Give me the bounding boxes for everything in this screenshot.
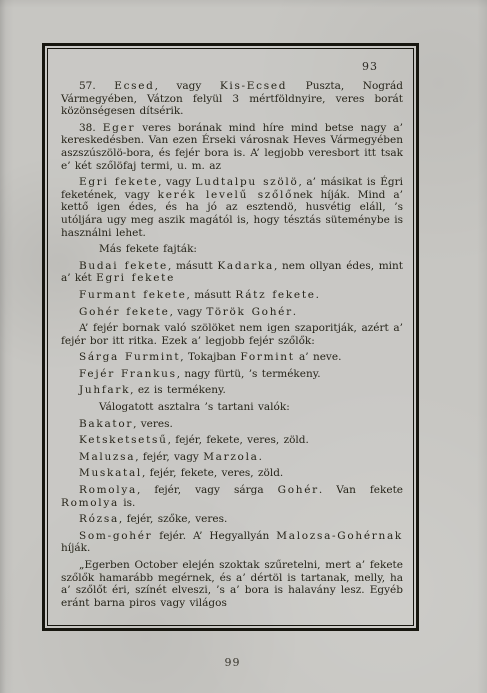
text-segment: . Van fekete <box>319 484 403 496</box>
grape-name-text: Bakator <box>79 418 133 430</box>
grape-name-text: Egri fekete <box>79 176 158 188</box>
grape-name-text: Kadarka <box>217 260 274 272</box>
grape-name-text: Egri fekete <box>96 272 175 284</box>
grape-name-text: kerék levelű szőlő <box>158 189 294 201</box>
text-segment: fejér. A’ Hegyallyán <box>152 530 276 542</box>
grape-name-text: Fejér Frankus <box>79 368 177 380</box>
grape-name-text: Kis-Ecsed <box>220 80 287 92</box>
grape-name-text: Sárga Furmint <box>79 351 180 363</box>
grape-name-text: Maluzsa <box>79 451 135 463</box>
text-segment: , veres. <box>133 418 173 430</box>
page-text: 57. Ecsed, vagy Kis-Ecsed Puszta, Nográd… <box>61 80 403 609</box>
text-segment: , fejér, fekete, veres, zöld. <box>168 434 309 446</box>
grape-name-text: Török Gohér <box>206 306 292 318</box>
text-segment: , vagy <box>170 306 207 318</box>
paragraph: „Egerben October elején szoktak szűretel… <box>61 559 403 609</box>
grape-name-text: Marzola <box>203 451 258 463</box>
text-segment: Válogatott asztalra ’s tartani valók: <box>99 401 290 413</box>
text-segment: „Egerben October elején szoktak szűretel… <box>61 559 403 609</box>
grape-name-text: Muskatal <box>79 467 142 479</box>
text-segment: , ez is termékeny. <box>130 384 226 396</box>
grape-name-text: Gohér <box>278 484 319 496</box>
page-border-inner: 93 57. Ecsed, vagy Kis-Ecsed Puszta, Nog… <box>47 48 414 626</box>
paragraph: 57. Ecsed, vagy Kis-Ecsed Puszta, Nográd… <box>61 80 403 118</box>
grape-name-text: Ketsketsetsű <box>79 434 168 446</box>
text-segment: . <box>259 451 262 463</box>
paragraph: A’ fejér bornak való szölöket nem igen s… <box>61 322 403 347</box>
paragraph: 38. Eger veres borának mind híre mind be… <box>61 122 403 172</box>
page-number-top: 93 <box>61 60 403 73</box>
grape-name-text: Ecsed <box>114 80 154 92</box>
paragraph: Furmant fekete, másutt Rátz fekete. <box>61 289 403 302</box>
paragraph: Romolya, fejér, vagy sárga Gohér. Van fe… <box>61 484 403 509</box>
paragraph: Más fekete fajták: <box>61 243 403 256</box>
text-segment: , fejér, vagy sárga <box>137 484 278 496</box>
text-segment: . <box>293 306 296 318</box>
paragraph: Budai fekete, másutt Kadarka, nem ollyan… <box>61 260 403 285</box>
grape-name-text: Rózsa <box>79 513 119 525</box>
page-border-frame: 93 57. Ecsed, vagy Kis-Ecsed Puszta, Nog… <box>42 43 419 631</box>
text-segment: , vagy <box>155 80 220 92</box>
grape-name-text: Ludtalpu szölö <box>195 176 298 188</box>
book-page: 93 57. Ecsed, vagy Kis-Ecsed Puszta, Nog… <box>0 0 487 693</box>
paragraph: Muskatal, fejér, fekete, veres, zöld. <box>61 467 403 480</box>
grape-name-text: Furmant fekete <box>79 289 187 301</box>
text-segment: , fejér, vagy <box>135 451 203 463</box>
grape-name-text: Budai fekete <box>79 260 168 272</box>
grape-name-text: Romolya <box>61 497 119 509</box>
text-segment: . <box>316 289 319 301</box>
paragraph: Sárga Furmint, Tokajban Formint a’ neve. <box>61 351 403 364</box>
text-segment: 57. <box>79 80 114 92</box>
paragraph: Juhfark, ez is termékeny. <box>61 384 403 397</box>
grape-name-text: Formint <box>240 351 294 363</box>
text-segment: , Tokajban <box>180 351 240 363</box>
paragraph: Som-gohér fejér. A’ Hegyallyán Malozsa-G… <box>61 530 403 555</box>
grape-name-text: Gohér fekete <box>79 306 170 318</box>
text-segment: híják. <box>61 542 90 554</box>
paragraph: Egri fekete, vagy Ludtalpu szölö, a’ más… <box>61 176 403 239</box>
grape-name-text: Juhfark <box>79 384 130 396</box>
paragraph: Válogatott asztalra ’s tartani valók: <box>61 401 403 414</box>
text-segment: , nagy fürtü, ’s termékeny. <box>177 368 321 380</box>
text-segment: is. <box>119 497 135 509</box>
paragraph: Bakator, veres. <box>61 418 403 431</box>
text-segment: , másutt <box>187 289 236 301</box>
paragraph: Fejér Frankus, nagy fürtü, ’s termékeny. <box>61 368 403 381</box>
text-segment: , fejér, szőke, veres. <box>119 513 227 525</box>
paragraph: Maluzsa, fejér, vagy Marzola. <box>61 451 403 464</box>
grape-name-text: Eger <box>103 122 135 134</box>
paragraph: Gohér fekete, vagy Török Gohér. <box>61 306 403 319</box>
text-segment: a’ neve. <box>295 351 342 363</box>
paragraph: Ketsketsetsű, fejér, fekete, veres, zöld… <box>61 434 403 447</box>
text-segment: , vagy <box>158 176 195 188</box>
text-segment: , fejér, fekete, veres, zöld. <box>142 467 283 479</box>
grape-name-text: Malozsa-Gohérnak <box>276 530 403 542</box>
text-segment: A’ fejér bornak való szölöket nem igen s… <box>61 322 403 347</box>
paragraph: Rózsa, fejér, szőke, veres. <box>61 513 403 526</box>
text-segment: Más fekete fajták: <box>99 243 197 255</box>
text-segment: , másutt <box>168 260 217 272</box>
text-segment: 38. <box>79 122 103 134</box>
grape-name-text: Som-gohér <box>79 530 152 542</box>
page-number-bottom: 99 <box>0 656 465 669</box>
grape-name-text: Rátz fekete <box>235 289 315 301</box>
grape-name-text: Romolya <box>79 484 137 496</box>
